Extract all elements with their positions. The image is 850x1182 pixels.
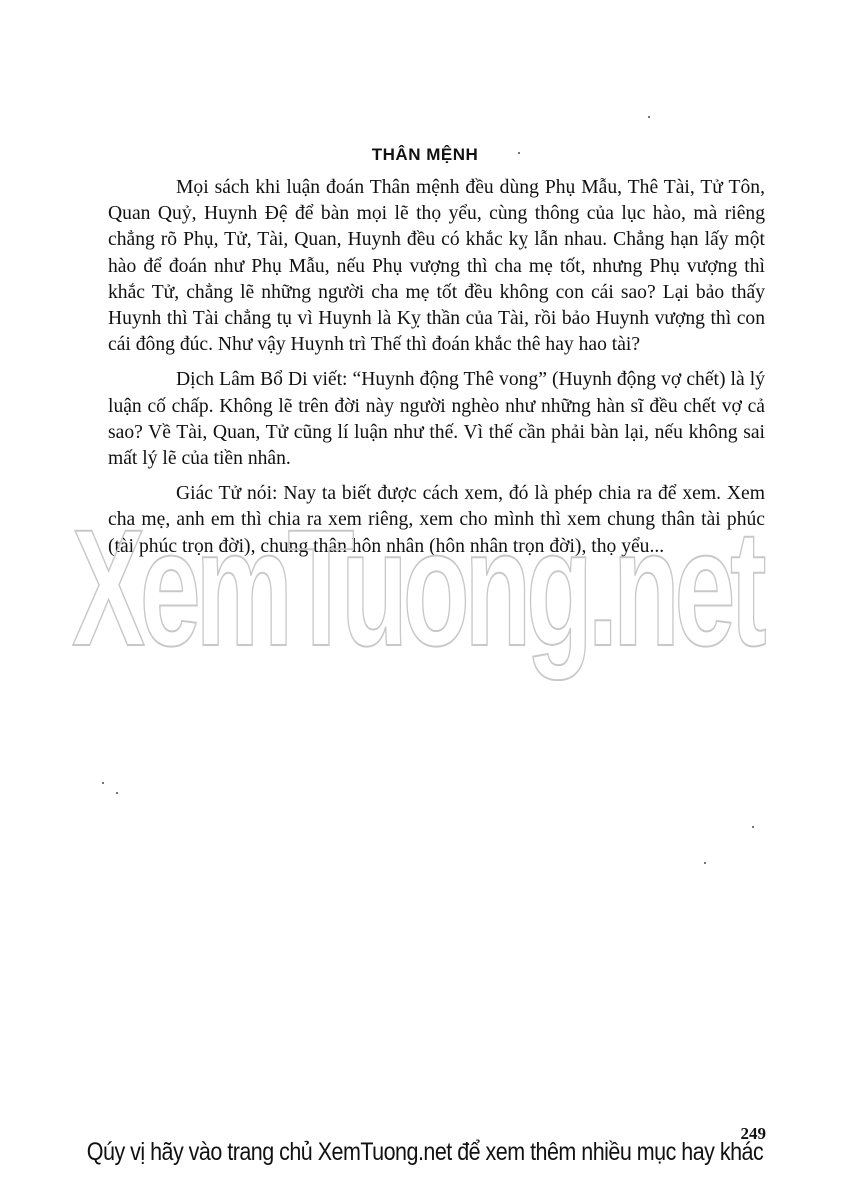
scan-speck: [116, 792, 118, 794]
paragraph-1: Mọi sách khi luận đoán Thân mệnh đều dùn…: [108, 175, 765, 358]
body-text: Mọi sách khi luận đoán Thân mệnh đều dùn…: [108, 175, 765, 569]
chapter-title: THÂN MỆNH: [0, 145, 850, 165]
paragraph-2: Dịch Lâm Bổ Di viết: “Huynh động Thê von…: [108, 367, 765, 472]
book-page: THÂN MỆNH Mọi sách khi luận đoán Thân mệ…: [0, 0, 850, 1182]
scan-speck: [648, 116, 650, 118]
footer-banner: Qúy vị hãy vào trang chủ XemTuong.net để…: [60, 1138, 791, 1167]
scan-speck: [752, 826, 754, 828]
scan-speck: [102, 782, 104, 784]
scan-speck: [704, 862, 706, 864]
scan-speck: [518, 152, 520, 154]
paragraph-3: Giác Tử nói: Nay ta biết được cách xem, …: [108, 481, 765, 560]
